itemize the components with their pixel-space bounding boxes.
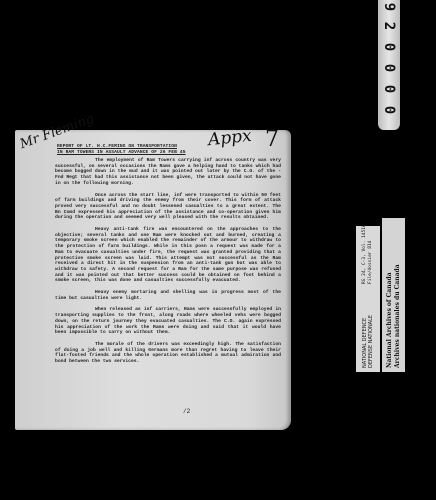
department-label: NATIONAL DEFENCE DEFENSE NATIONALE [362, 315, 374, 368]
frame-digit: 0 [382, 59, 396, 77]
paragraph-ram-towers: The employment of Ram Towers carrying in… [55, 158, 281, 187]
report-body: The employment of Ram Towers carrying in… [55, 158, 281, 371]
frame-digit: 0 [382, 101, 396, 119]
paragraph-mortaring: Heavy enemy mortaring and shelling was i… [55, 290, 281, 301]
handwritten-appendix-number: 7 [265, 127, 279, 152]
paragraph-inf-carriers: When released as inf carriers, Rams were… [55, 307, 281, 336]
paragraph-start-line: Once across the start line, inf were tra… [55, 193, 281, 222]
record-group-volume: RG 24, C-3, Vol. 14516 [362, 224, 368, 284]
report-heading: REPORT OF LT. H.C.FEMING ON TRANSPORTATI… [57, 144, 257, 156]
paragraph-anti-tank-fire: Heavy anti-tank fire was encountered on … [55, 227, 281, 284]
file-dossier: File/dossier 814 [368, 224, 374, 284]
archive-name-fr: Archives nationales du Canada [394, 264, 402, 368]
frame-digit: 9 [382, 0, 396, 16]
paragraph-morale: The morale of the drivers was exceedingl… [55, 342, 281, 365]
frame-digit: 0 [382, 38, 396, 56]
archive-reference-label: NATIONAL DEFENCE DEFENSE NATIONALE RG 24… [356, 226, 380, 372]
document-page: Mr Fleming Appx 7 REPORT OF LT. H.C.FEMI… [15, 130, 291, 430]
archive-name: National Archives of Canada Archives nat… [386, 264, 402, 368]
archive-name-label: National Archives of Canada Archives nat… [382, 218, 405, 372]
heading-line-2: IN RAM TOWERS IN ASSAULT ADVANCE OF 26 F… [57, 150, 257, 156]
frame-number-strip: 9 2 0 0 0 0 [378, 0, 400, 130]
archive-name-en: National Archives of Canada [386, 264, 394, 368]
page-number: /2 [183, 408, 190, 415]
record-reference: RG 24, C-3, Vol. 14516 File/dossier 814 [362, 224, 373, 284]
department-name-fr: DEFENSE NATIONALE [368, 315, 374, 368]
frame-digit: 2 [382, 17, 396, 35]
frame-digit: 0 [382, 80, 396, 98]
